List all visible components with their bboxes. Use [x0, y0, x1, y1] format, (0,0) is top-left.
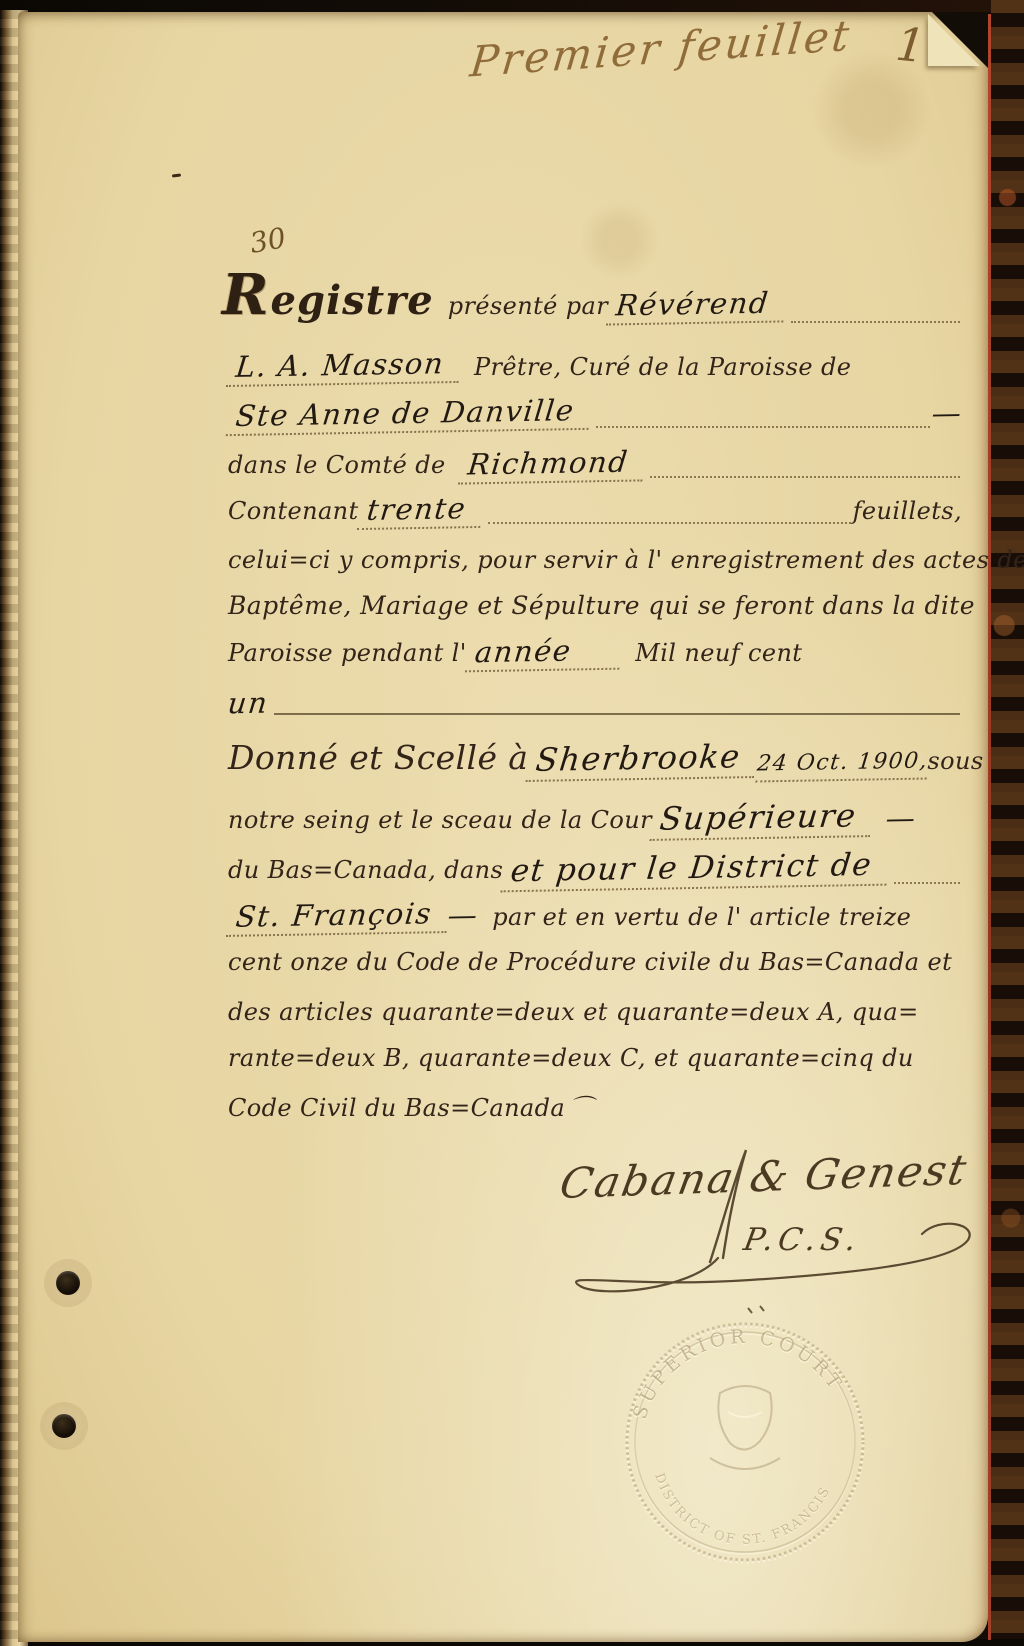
- hand-pour-le-district: et pour le District de: [501, 847, 891, 893]
- printed-celui-ci: celui=ci y compris, pour servir à l' enr…: [228, 546, 1024, 574]
- hand-un: un: [226, 686, 270, 721]
- printed-notre-seing: notre seing et le sceau de la Cour: [228, 806, 652, 834]
- form-line-16: rante=deux B, quarante=deux C, et quaran…: [228, 1044, 962, 1072]
- form-line-12: du Bas=Canada, dans et pour le District …: [228, 850, 962, 889]
- svg-text:DISTRICT OF ST. FRANCIS: DISTRICT OF ST. FRANCIS: [651, 1471, 833, 1548]
- dotted-fill-line: [596, 420, 929, 428]
- hand-dash: —: [884, 801, 918, 836]
- form-line-10: Donné et Scellé à Sherbrooke 24 Oct. 190…: [228, 738, 962, 781]
- hand-county: Richmond: [457, 444, 645, 484]
- form-line-8: Paroisse pendant l' année Mil neuf cent: [228, 634, 962, 671]
- form-line-11: notre seing et le sceau de la Cour Supér…: [228, 798, 962, 839]
- printed-pretre-cure: Prêtre, Curé de la Paroisse de: [474, 353, 851, 381]
- handwritten-count-note: 30: [247, 221, 288, 260]
- form-line-15: des articles quarante=deux et quarante=d…: [228, 998, 962, 1026]
- form-line-6: celui=ci y compris, pour servir à l' enr…: [228, 546, 962, 574]
- seal-arc-bottom-text: DISTRICT OF ST. FRANCIS: [651, 1471, 833, 1548]
- svg-text:SUPERIOR COURT: SUPERIOR COURT: [629, 1326, 848, 1422]
- printed-des-articles: des articles quarante=deux et quarante=d…: [228, 998, 919, 1026]
- form-line-17: Code Civil du Bas=Canada ⌒: [228, 1088, 962, 1123]
- form-line-14: cent onze du Code de Procédure civile du…: [228, 948, 962, 976]
- rule-fill-line: [274, 707, 960, 715]
- form-line-9: un: [228, 686, 962, 720]
- dotted-fill-line: [488, 516, 851, 524]
- dotted-fill-line: [650, 470, 960, 478]
- embossed-court-seal: SUPERIOR COURT DISTRICT OF ST. FRANCIS S…: [590, 1288, 900, 1598]
- printed-bapteme-mariage: Baptême, Mariage et Sépulture qui se fer…: [228, 591, 975, 620]
- printed-cent-onze: cent onze du Code de Procédure civile du…: [228, 948, 952, 976]
- hand-date-sealed: 24 Oct. 1900,: [755, 749, 929, 783]
- hand-dash: —: [930, 396, 964, 431]
- punch-hole-bottom: [52, 1414, 76, 1438]
- punch-hole-top: [56, 1271, 80, 1295]
- book-edge-right: [991, 0, 1024, 1646]
- dotted-fill-line: [894, 876, 960, 884]
- form-line-2: L. A. Masson Prêtre, Curé de la Paroisse…: [228, 348, 962, 385]
- printed-flourish: ⌒: [569, 1088, 593, 1123]
- page-corner-fold: [928, 14, 980, 66]
- form-line-7: Baptême, Mariage et Sépulture qui se fer…: [228, 591, 962, 620]
- hand-parish-name: Ste Anne de Danville: [226, 393, 593, 436]
- printed-paroisse-pendant: Paroisse pendant l': [228, 639, 467, 667]
- registre-title: egistre: [271, 277, 434, 324]
- handwritten-page-number: 1: [893, 17, 928, 74]
- page-red-edge-line: [988, 14, 991, 1640]
- form-line-1: Registre présenté par Révérend: [222, 262, 962, 328]
- printed-feuillets: feuillets,: [853, 497, 962, 525]
- hand-priest-name: L. A. Masson: [226, 346, 462, 387]
- hand-dash: —: [446, 898, 480, 933]
- hand-annee: année: [465, 633, 624, 673]
- form-line-13: St. François — par et en vertu de l' art…: [228, 898, 962, 935]
- printed-mil-neuf-cent: Mil neuf cent: [635, 639, 802, 667]
- hand-cour-superieure: Supérieure: [650, 796, 875, 841]
- printed-par-et-en-vertu: par et en vertu de l' article treize: [492, 903, 911, 931]
- hand-place-sealed: Sherbrooke: [526, 737, 759, 782]
- printed-donne-et-scelle: Donné et Scellé à: [228, 738, 528, 777]
- seal-arc-top-text: SUPERIOR COURT: [629, 1326, 848, 1422]
- dotted-fill-line: [791, 315, 960, 323]
- form-line-5: Contenant trente feuillets,: [228, 492, 962, 529]
- seal-crest: [710, 1386, 780, 1469]
- form-line-4: dans le Comté de Richmond: [228, 446, 962, 483]
- hand-district-name: St. François: [226, 896, 450, 937]
- printed-code-civil: Code Civil du Bas=Canada: [228, 1094, 565, 1122]
- scanned-register-page: Premier feuillet 1 30 Registre présenté …: [0, 0, 1024, 1646]
- registre-ornate-initial: R: [222, 262, 271, 328]
- book-edge-top: [0, 0, 1024, 12]
- printed-rante-deux-b: rante=deux B, quarante=deux C, et quaran…: [228, 1044, 914, 1072]
- printed-dans-le-comte: dans le Comté de: [228, 451, 446, 479]
- hand-reverend: Révérend: [606, 285, 787, 325]
- printed-presente-par: présenté par: [448, 292, 608, 320]
- hand-folio-count: trente: [357, 491, 484, 530]
- printed-sous: sous: [927, 747, 983, 775]
- form-line-3: Ste Anne de Danville —: [228, 396, 962, 433]
- printed-contenant: Contenant: [228, 497, 359, 525]
- printed-du-bas-canada-dans: du Bas=Canada, dans: [228, 856, 503, 884]
